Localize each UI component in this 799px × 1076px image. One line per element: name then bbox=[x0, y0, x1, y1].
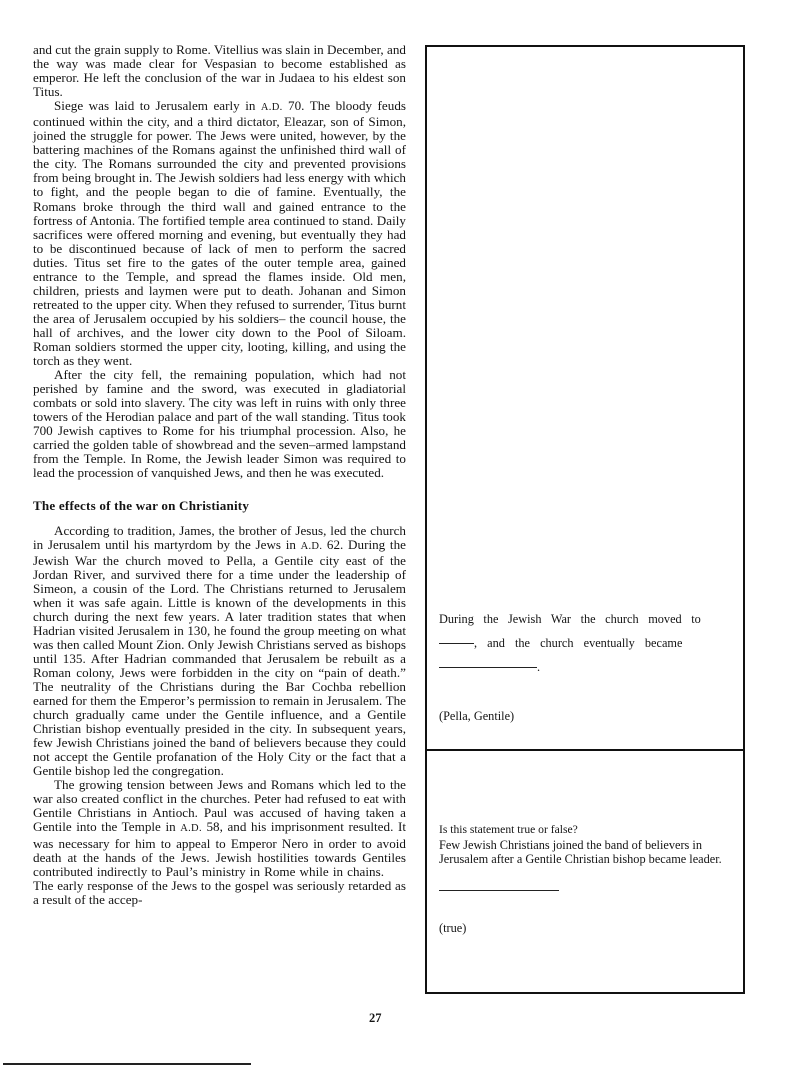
paragraph-after-fall: After the city fell, the remaining popul… bbox=[33, 368, 406, 480]
answer-blank[interactable] bbox=[439, 889, 559, 891]
answer-blank-1[interactable] bbox=[439, 642, 474, 644]
paragraph-tension: The growing tension between Jews and Rom… bbox=[33, 778, 406, 906]
textbook-page: and cut the grain supply to Rome. Vitell… bbox=[0, 0, 799, 1076]
era-abbrev: A.D. bbox=[180, 823, 202, 834]
page-number: 27 bbox=[369, 1011, 382, 1026]
answer-key: (true) bbox=[439, 921, 731, 936]
era-abbrev: A.D. bbox=[301, 541, 323, 552]
footer-rule bbox=[3, 1063, 251, 1065]
question-statement: Few Jewish Christians joined the band of… bbox=[439, 838, 731, 867]
main-text-column: and cut the grain supply to Rome. Vitell… bbox=[33, 43, 406, 907]
paragraph-james: According to tradition, James, the broth… bbox=[33, 524, 406, 779]
frame-fill-in-blank: During the Jewish War the church moved t… bbox=[425, 45, 745, 751]
paragraph-siege: Siege was laid to Jerusalem early in A.D… bbox=[33, 99, 406, 368]
paragraph-vespasian: and cut the grain supply to Rome. Vitell… bbox=[33, 43, 406, 99]
frame-true-false: Is this statement true or false? Few Jew… bbox=[425, 749, 745, 994]
era-abbrev: A.D. bbox=[261, 102, 283, 113]
section-heading: The effects of the war on Christianity bbox=[33, 499, 406, 513]
question-prompt: Is this statement true or false? bbox=[439, 823, 731, 838]
answer-key: (Pella, Gentile) bbox=[439, 709, 719, 724]
fill-in-blank-question: During the Jewish War the church moved t… bbox=[439, 607, 719, 724]
answer-blank-2[interactable] bbox=[439, 666, 537, 668]
true-false-question: Is this statement true or false? Few Jew… bbox=[439, 823, 731, 935]
